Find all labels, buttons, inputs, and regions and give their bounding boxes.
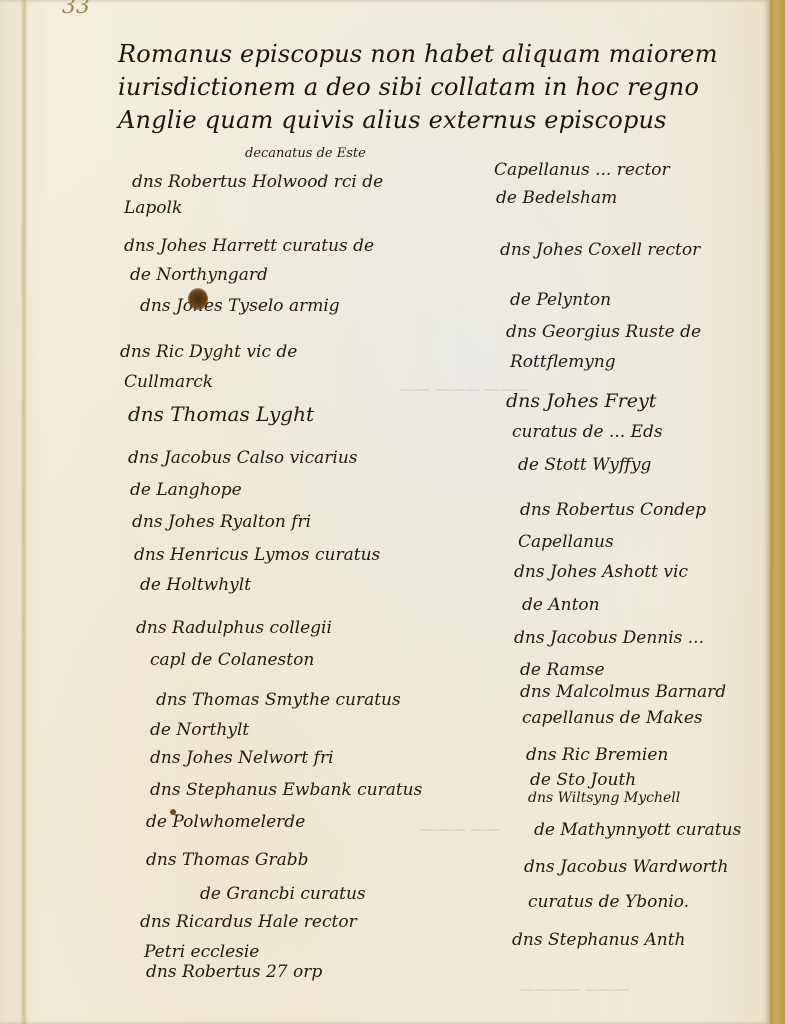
bleed-through-text: ———— ——— [520, 980, 630, 998]
manuscript-page: 33 Romanus episcopus non habet aliquam m… [0, 0, 770, 1024]
entry-line: dns Jacobus Wardworth [524, 857, 728, 877]
entry-line: dns Johes Freyt [506, 390, 656, 412]
entry-line: de Mathynnyott curatus [534, 820, 741, 840]
ink-stain [188, 288, 208, 310]
entry-line: capl de Colaneston [150, 650, 314, 670]
entry-line: dns Robertus 27 orp [146, 962, 322, 982]
entry-line: de Pelynton [510, 290, 611, 310]
entry-line: Lapolk [124, 198, 182, 218]
entry-line: curatus de Ybonio. [528, 892, 689, 912]
entry-line: dns Malcolmus Barnard [520, 682, 726, 702]
entry-line: dns Henricus Lymos curatus [134, 545, 380, 565]
entry-line: de Polwhomelerde [146, 812, 305, 832]
folio-number: 33 [62, 0, 90, 19]
entry-line: de Ramse [520, 660, 605, 680]
entry-line: dns Johes Nelwort fri [150, 748, 334, 768]
entry-line: Cullmarck [124, 372, 213, 392]
bleed-through-text: ——— —— [420, 820, 500, 838]
entry-line: de Anton [522, 595, 600, 615]
entry-line: dns Jacobus Calso vicarius [128, 448, 358, 468]
entry-line: de Bedelsham [496, 188, 617, 208]
entry-line: Capellanus ... rector [494, 160, 670, 180]
entry-line: dns Ric Dyght vic de [120, 342, 297, 362]
entry-line: dns Thomas Smythe curatus [156, 690, 401, 710]
entry-line: dns Johes Ashott vic [514, 562, 688, 582]
entry-line: de Stott Wyffyg [518, 455, 651, 475]
entry-line: de Northyngard [130, 265, 268, 285]
entry-line: dns Johes Coxell rector [500, 240, 700, 260]
ink-dot [170, 809, 176, 815]
entry-line: dns Thomas Lyght [128, 402, 314, 426]
entry-line: capellanus de Makes [522, 708, 703, 728]
entry-line: Rottflemyng [510, 352, 616, 372]
entry-line: dns Johes Tyselo armig [140, 296, 340, 316]
heading-line: Romanus episcopus non habet aliquam maio… [118, 38, 758, 71]
entry-line: Capellanus [518, 532, 614, 552]
entry-line: dns Georgius Ruste de [506, 322, 701, 342]
entry-line: dns Ricardus Hale rector [140, 912, 357, 932]
entry-line: de Holtwhylt [140, 575, 251, 595]
entry-line: dns Radulphus collegii [136, 618, 332, 638]
entry-line: curatus de ... Eds [512, 422, 663, 442]
entry-line: dns Stephanus Anth [512, 930, 686, 950]
entry-line: de Northylt [150, 720, 249, 740]
entry-line: de Grancbi curatus [200, 884, 366, 904]
entry-line: Petri ecclesie [144, 942, 259, 962]
page-fold-shadow [20, 0, 28, 1024]
heading-line: iurisdictionem a deo sibi collatam in ho… [118, 71, 758, 104]
entry-line: dns Johes Harrett curatus de [124, 236, 374, 256]
entry-line: de Langhope [130, 480, 242, 500]
page-heading: Romanus episcopus non habet aliquam maio… [118, 38, 758, 137]
entry-line: dns Johes Ryalton fri [132, 512, 311, 532]
entry-line: dns Robertus Holwood rci de [132, 172, 383, 192]
entry-line: dns Thomas Grabb [146, 850, 308, 870]
entry-line: dns Stephanus Ewbank curatus [150, 780, 422, 800]
heading-line: Anglie quam quivis alius externus episco… [118, 104, 758, 137]
entry-line: dns Wiltsyng Mychell [528, 790, 680, 806]
entry-line: dns Jacobus Dennis ... [514, 628, 704, 648]
binding-edge [770, 0, 785, 1024]
section-title: decanatus de Este [245, 146, 366, 161]
entry-line: dns Robertus Condep [520, 500, 706, 520]
entry-line: de Sto Jouth [530, 770, 636, 790]
entry-line: dns Ric Bremien [526, 745, 668, 765]
